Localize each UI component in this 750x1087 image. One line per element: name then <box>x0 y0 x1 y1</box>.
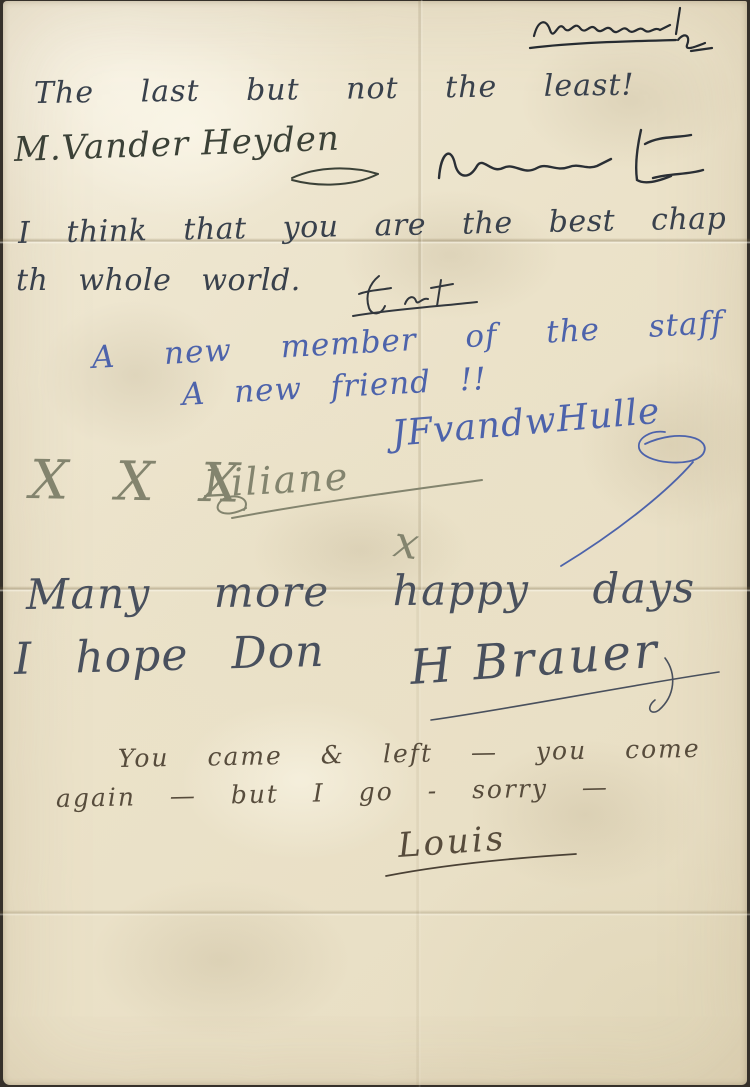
document-scan: The last but not the least! M.Vander Hey… <box>0 0 750 1087</box>
letter-paper <box>3 1 747 1085</box>
